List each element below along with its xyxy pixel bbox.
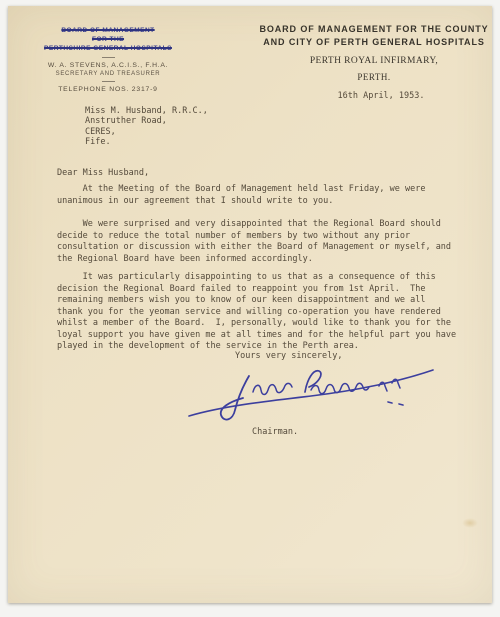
telephone-number: TELEPHONE NOS. 2317-9 [38,86,178,93]
body-paragraph-1: At the Meeting of the Board of Managemen… [57,184,425,207]
signature-ink [183,356,439,432]
divider-dash [102,57,115,58]
city-name: PERTH. [255,72,493,82]
struck-org-line-3: PERTHSHIRE GENERAL HOSPITALS [38,44,178,53]
body-paragraph-2: We were surprised and very disappointed … [57,219,451,265]
letterhead-right: BOARD OF MANAGEMENT FOR THE COUNTY AND C… [255,23,493,101]
struck-org-line-1: BOARD OF MANAGEMENT [38,26,178,35]
divider-dash [102,81,115,82]
letter-date: 16th April, 1953. [269,91,493,101]
board-stamp-line-2: AND CITY OF PERTH GENERAL HOSPITALS [255,36,493,49]
scanned-letter: BOARD OF MANAGEMENT FOR THE PERTHSHIRE G… [0,0,500,617]
recipient-address: Miss M. Husband, R.R.C., Anstruther Road… [85,106,208,148]
letterhead-left: BOARD OF MANAGEMENT FOR THE PERTHSHIRE G… [38,26,178,93]
signoff-title: Chairman. [252,427,298,439]
salutation: Dear Miss Husband, [57,168,149,180]
letter-paper: BOARD OF MANAGEMENT FOR THE PERTHSHIRE G… [8,6,492,603]
paper-stain [462,518,478,528]
secretary-title: SECRETARY AND TREASURER [38,71,178,77]
infirmary-name: PERTH ROYAL INFIRMARY, [255,56,493,66]
body-paragraph-3: It was particularly disappointing to us … [57,272,456,353]
secretary-name: W. A. STEVENS, A.C.I.S., F.H.A. [38,62,178,69]
board-stamp-line-1: BOARD OF MANAGEMENT FOR THE COUNTY [255,23,493,36]
struck-org-line-2: FOR THE [38,35,178,44]
